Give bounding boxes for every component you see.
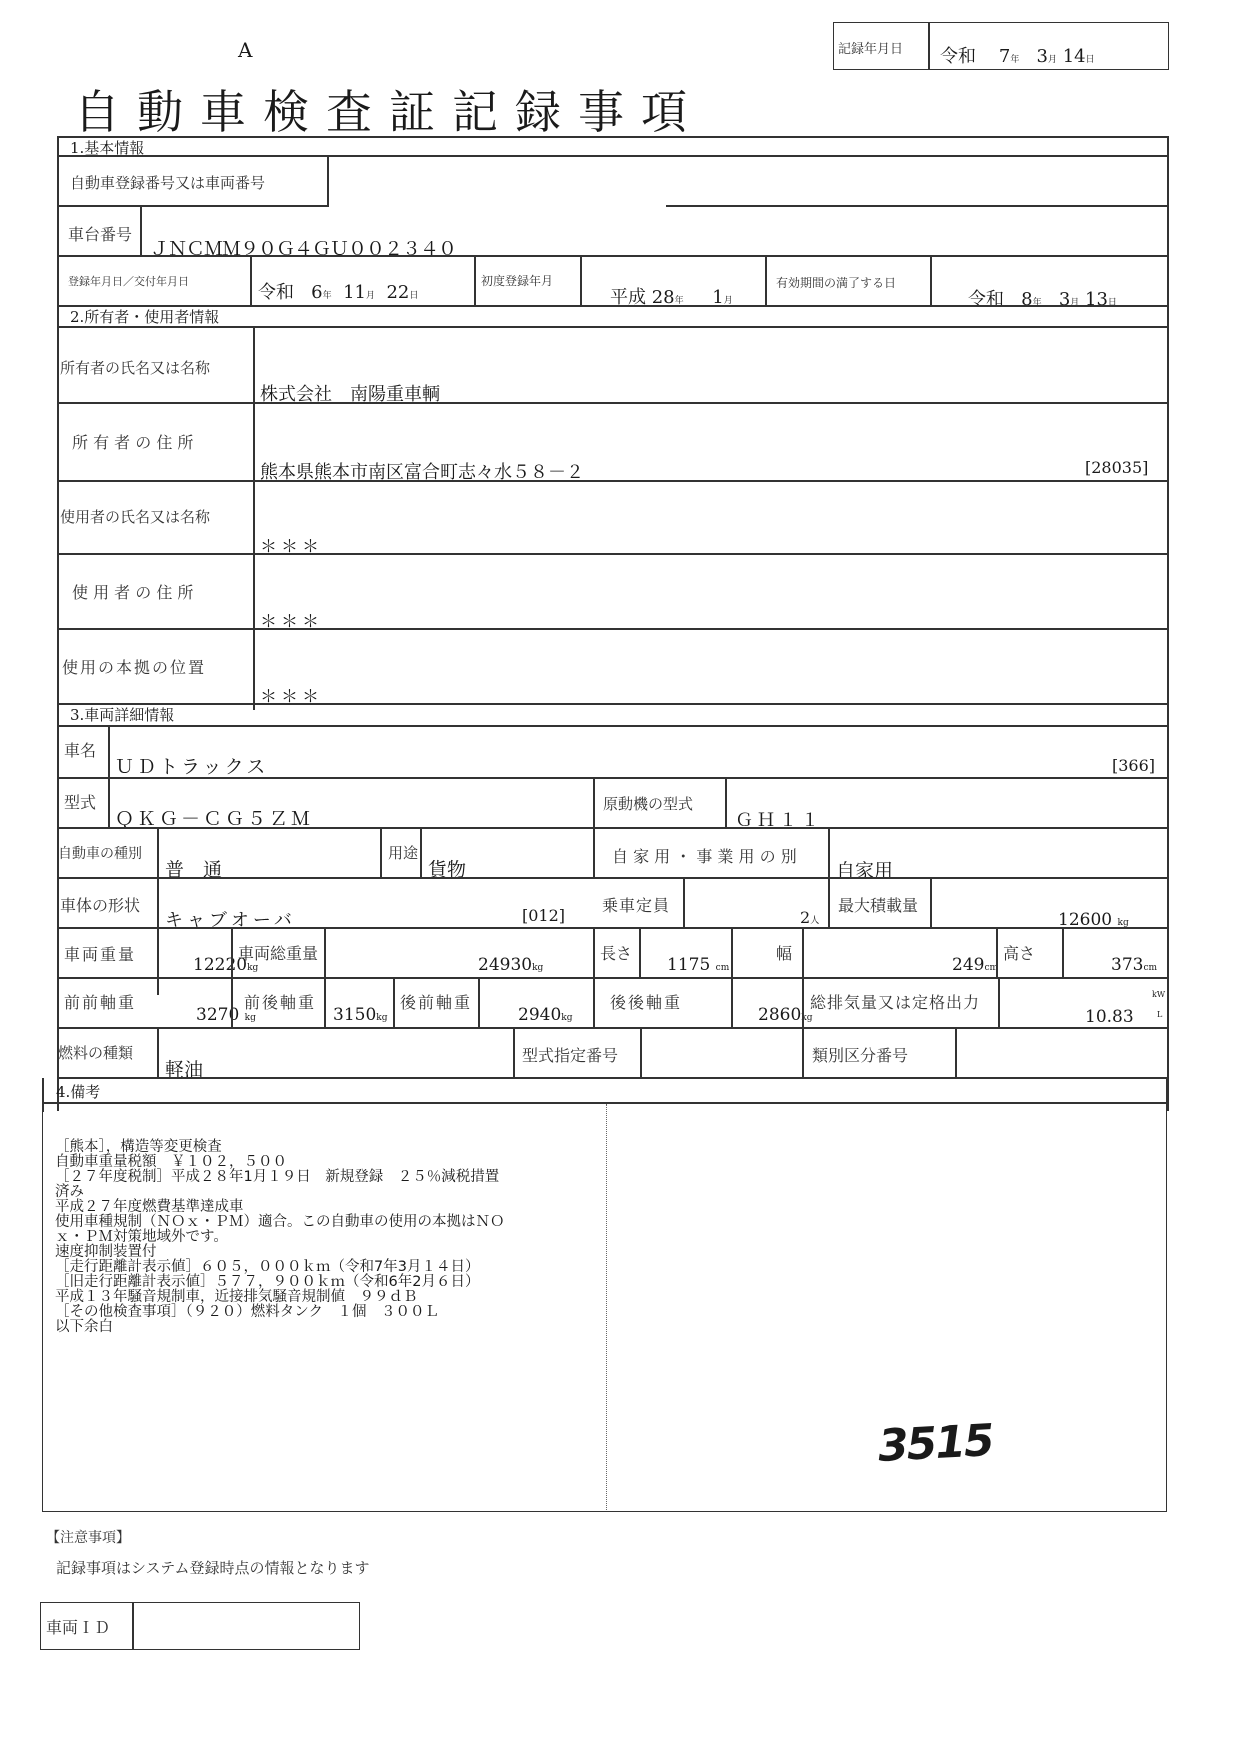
first-reg-label: 初度登録年月 xyxy=(481,272,553,289)
remark-line: 以下余白 xyxy=(55,1320,505,1335)
unit: 日 xyxy=(1108,298,1117,308)
era: 令和 xyxy=(258,282,294,303)
car-name-code: [366] xyxy=(1112,756,1155,775)
width-value: 249cm xyxy=(952,955,998,975)
unit: 月 xyxy=(366,291,375,301)
capacity-value: 2人 xyxy=(800,908,819,927)
unit: cm xyxy=(716,963,730,973)
gross-weight-label: 車両総重量 xyxy=(238,941,318,964)
rr-axle-value: 2860kg xyxy=(758,1005,812,1025)
capacity-label: 乗車定員 xyxy=(602,893,670,916)
fr-axle-label: 前後軸重 xyxy=(244,990,316,1013)
car-name-label: 車名 xyxy=(64,738,96,761)
handwritten-number: 3515 xyxy=(877,1415,994,1472)
year: 7 xyxy=(999,46,1010,67)
expiry-label: 有効期間の満了する日 xyxy=(776,274,896,291)
chassis-label: 車台番号 xyxy=(68,222,132,245)
section2-heading: 2.所有者・使用者情報 xyxy=(70,306,219,327)
user-address-label: 使 用 者 の 住 所 xyxy=(72,580,193,603)
type-designation-label: 型式指定番号 xyxy=(522,1043,618,1066)
rf-axle-label: 後前軸重 xyxy=(400,990,472,1013)
rf-axle-number: 2940 xyxy=(518,1005,561,1025)
notice-text: 記録事項はシステム登録時点の情報となります xyxy=(56,1557,370,1578)
private-business-label: 自 家 用 ・ 事 業 用 の 別 xyxy=(612,844,797,867)
rr-axle-label: 後後軸重 xyxy=(610,990,682,1013)
gross-weight-value: 24930kg xyxy=(478,955,543,975)
reg-date-value: 令和 6年 11月 22日 xyxy=(258,278,418,304)
reg-number-label: 自動車登録番号又は車両番号 xyxy=(70,172,265,193)
body-shape-label: 車体の形状 xyxy=(60,893,140,916)
remark-line: 平成１３年騒音規制車，近接排気騒音規制値 ９９ｄＢ xyxy=(55,1290,505,1305)
unit: kg xyxy=(376,1013,387,1023)
rf-axle-value: 2940kg xyxy=(518,1005,572,1025)
body-shape-code: [012] xyxy=(522,906,565,925)
capacity-number: 2 xyxy=(800,908,810,927)
remark-line: ［２７年度税制］平成２８年1月１９日 新規登録 ２５％減税措置 xyxy=(55,1170,505,1185)
remarks-list: ［熊本］，構造等変更検査自動車重量税額 ￥１０２，５００［２７年度税制］平成２８… xyxy=(55,1110,505,1350)
remark-line: ［走行距離計表示値］６０５，０００ｋｍ（令和7年3月１４日） xyxy=(55,1260,505,1275)
section4-heading: 4.備考 xyxy=(56,1081,100,1102)
remark-line: 済み xyxy=(55,1185,505,1200)
unit: 年 xyxy=(323,291,332,301)
day: 13 xyxy=(1085,289,1108,310)
owner-address-code: [28035] xyxy=(1085,458,1148,477)
unit: 月 xyxy=(1070,298,1079,308)
owner-name-label: 所有者の氏名又は名称 xyxy=(60,357,210,378)
vehicle-weight-label: 車両重量 xyxy=(64,942,136,965)
unit: 人 xyxy=(810,916,819,926)
remark-line: 使用車種規制（ＮＯｘ・ＰＭ）適合。この自動車の使用の本拠はＮＯ xyxy=(55,1215,505,1230)
year: 6 xyxy=(311,282,322,303)
remark-line: ［旧走行距離計表示値］５７７，９００ｋｍ（令和6年2月６日） xyxy=(55,1275,505,1290)
corner-mark: A xyxy=(238,38,252,62)
era: 令和 xyxy=(940,46,976,67)
day: 14 xyxy=(1063,46,1086,67)
base-location-label: 使用の本拠の位置 xyxy=(62,655,206,678)
remark-line: 速度抑制装置付 xyxy=(55,1245,505,1260)
displacement-unit-l: L xyxy=(1157,1010,1162,1019)
height-value: 373cm xyxy=(1111,955,1157,975)
month: 3 xyxy=(1037,46,1048,67)
engine-label: 原動機の型式 xyxy=(603,793,693,814)
remark-line: ｘ・ＰＭ対策地域外です。 xyxy=(55,1230,505,1245)
model-label: 型式 xyxy=(64,790,96,813)
class-number-label: 類別区分番号 xyxy=(812,1043,908,1066)
era: 令和 xyxy=(968,289,1004,310)
private-business-value: 自家用 xyxy=(836,856,893,883)
length-value: 1175 cm xyxy=(667,955,729,975)
car-name-value: ＵＤトラックス xyxy=(115,752,268,779)
month: 11 xyxy=(343,282,366,303)
user-name-label: 使用者の氏名又は名称 xyxy=(60,506,210,527)
chassis-value: ＪＮＣＭＭ９０Ｇ４ＧＵ００２３４０ xyxy=(150,234,456,261)
record-date-value: 令和 7年 3月 14日 xyxy=(940,42,1095,68)
unit: 年 xyxy=(1010,55,1019,65)
unit: 月 xyxy=(1048,55,1057,65)
displacement-label: 総排気量又は定格出力 xyxy=(810,990,980,1013)
category-label: 自動車の種別 xyxy=(58,843,142,863)
day: 22 xyxy=(386,282,409,303)
length-label: 長さ xyxy=(600,941,632,964)
unit: 日 xyxy=(1086,55,1095,65)
max-load-label: 最大積載量 xyxy=(838,893,918,916)
month: 3 xyxy=(1059,289,1070,310)
unit: 日 xyxy=(409,291,418,301)
width-number: 249 xyxy=(952,955,984,975)
length-number: 1175 xyxy=(667,955,710,975)
expiry-value: 令和 8年 3月 13日 xyxy=(968,285,1117,311)
vehicle-id-label: 車両ＩＤ xyxy=(46,1615,110,1638)
notice-heading: 【注意事項】 xyxy=(46,1527,130,1547)
fuel-label: 燃料の種類 xyxy=(58,1042,133,1063)
height-number: 373 xyxy=(1111,955,1143,975)
unit: 年 xyxy=(1033,298,1042,308)
fr-axle-number: 3150 xyxy=(333,1005,376,1025)
ff-axle-label: 前前軸重 xyxy=(64,990,136,1013)
remark-line: 自動車重量税額 ￥１０２，５００ xyxy=(55,1155,505,1170)
record-date-label: 記録年月日 xyxy=(838,38,903,57)
ff-axle-number: 3270 xyxy=(196,1005,239,1025)
year: 8 xyxy=(1021,289,1032,310)
remark-line: ［その他検査事項］（９２０）燃料タンク １個 ３００Ｌ xyxy=(55,1305,505,1320)
unit: kg xyxy=(245,1013,256,1023)
usage-label: 用途 xyxy=(388,842,418,863)
displacement-value: 10.83 xyxy=(1085,1007,1134,1027)
owner-address-label: 所 有 者 の 住 所 xyxy=(72,430,193,453)
unit: cm xyxy=(1143,963,1157,973)
gross-weight-number: 24930 xyxy=(478,955,532,975)
remark-line: 平成２７年度燃費基準達成車 xyxy=(55,1200,505,1215)
height-label: 高さ xyxy=(1003,941,1035,964)
width-label: 幅 xyxy=(776,941,792,964)
unit: kg xyxy=(247,963,258,973)
unit: kg xyxy=(561,1013,572,1023)
unit: kg xyxy=(532,963,543,973)
remark-line: ［熊本］，構造等変更検査 xyxy=(55,1140,505,1155)
displacement-unit-kw: kW xyxy=(1152,990,1165,999)
section3-heading: 3.車両詳細情報 xyxy=(70,704,174,725)
reg-date-label: 登録年月日／交付年月日 xyxy=(68,273,189,289)
fr-axle-value: 3150kg xyxy=(333,1005,387,1025)
rr-axle-number: 2860 xyxy=(758,1005,801,1025)
page-title: 自動車検査証記録事項 xyxy=(74,76,704,142)
